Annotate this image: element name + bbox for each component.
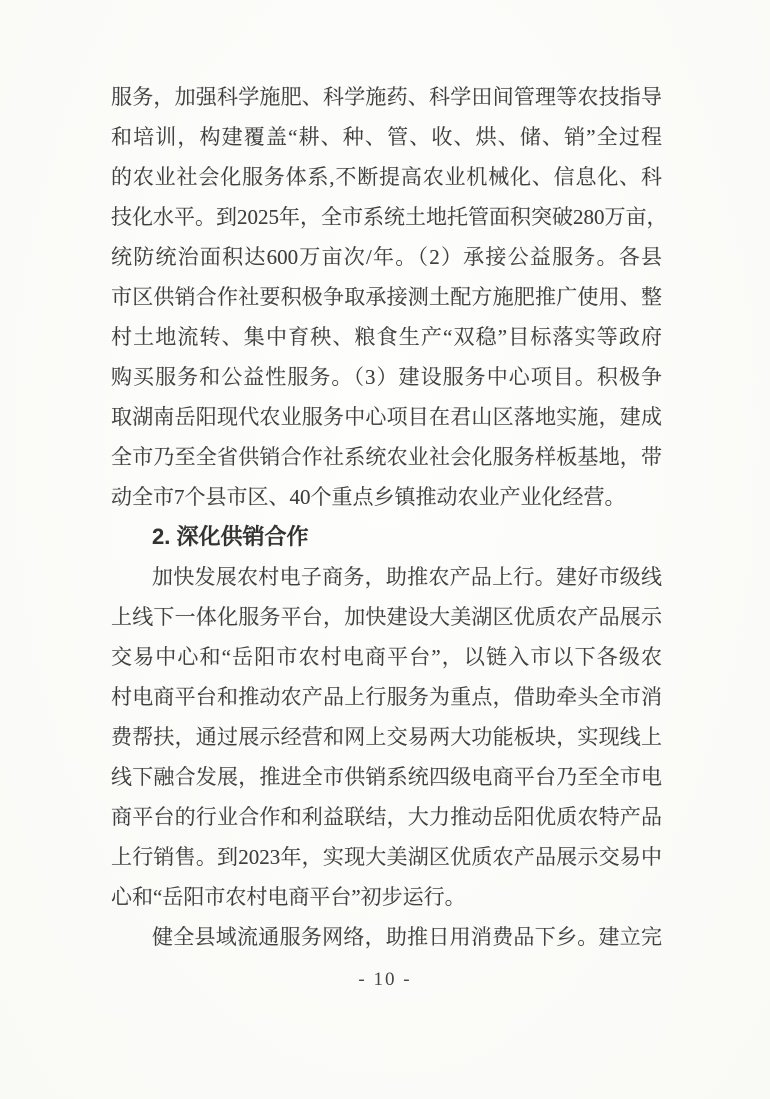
text-line: 费帮扶，通过展示经营和网上交易两大功能板块，实现线上: [111, 717, 662, 757]
text-line: 村土地流转、集中育秧、粮食生产“双稳”目标落实等政府: [111, 317, 662, 357]
text-line: 线下融合发展，推进全市供销系统四级电商平台乃至全市电: [111, 757, 662, 797]
text-line: 交易中心和“岳阳市农村电商平台”，以链入市以下各级农: [111, 637, 662, 677]
text-line: 技化水平。到2025年，全市系统土地托管面积突破280万亩，: [111, 197, 662, 237]
text-line: 商平台的行业合作和利益联结，大力推动岳阳优质农特产品: [111, 797, 662, 837]
text-line: 购买服务和公益性服务。（3）建设服务中心项目。积极争: [111, 357, 662, 397]
text-line: 动全市7个县市区、40个重点乡镇推动农业产业化经营。: [111, 477, 662, 517]
page-number: - 10 -: [0, 963, 770, 997]
text-line: 的农业社会化服务体系,不断提高农业机械化、信息化、科: [111, 157, 662, 197]
text-line: 服务，加强科学施肥、科学施药、科学田间管理等农技指导: [111, 77, 662, 117]
section-heading: 2. 深化供销合作: [111, 517, 662, 557]
text-line: 上行销售。到2023年，实现大美湖区优质农产品展示交易中: [111, 837, 662, 877]
text-line: 心和“岳阳市农村电商平台”初步运行。: [111, 877, 662, 917]
text-line: 全市乃至全省供销合作社系统农业社会化服务样板基地，带: [111, 437, 662, 477]
document-body: 服务，加强科学施肥、科学施药、科学田间管理等农技指导 和培训，构建覆盖“耕、种、…: [111, 77, 662, 957]
text-line: 市区供销合作社要积极争取承接测土配方施肥推广使用、整: [111, 277, 662, 317]
text-line: 上线下一体化服务平台，加快建设大美湖区优质农产品展示: [111, 597, 662, 637]
text-line: 村电商平台和推动农产品上行服务为重点，借助牵头全市消: [111, 677, 662, 717]
text-line: 加快发展农村电子商务，助推农产品上行。建好市级线: [111, 557, 662, 597]
text-line: 取湖南岳阳现代农业服务中心项目在君山区落地实施，建成: [111, 397, 662, 437]
document-page: 服务，加强科学施肥、科学施药、科学田间管理等农技指导 和培训，构建覆盖“耕、种、…: [0, 0, 770, 1099]
text-line: 统防统治面积达600万亩次/年。（2）承接公益服务。各县: [111, 237, 662, 277]
text-line: 健全县域流通服务网络，助推日用消费品下乡。建立完: [111, 917, 662, 957]
text-line: 和培训，构建覆盖“耕、种、管、收、烘、储、销”全过程: [111, 117, 662, 157]
